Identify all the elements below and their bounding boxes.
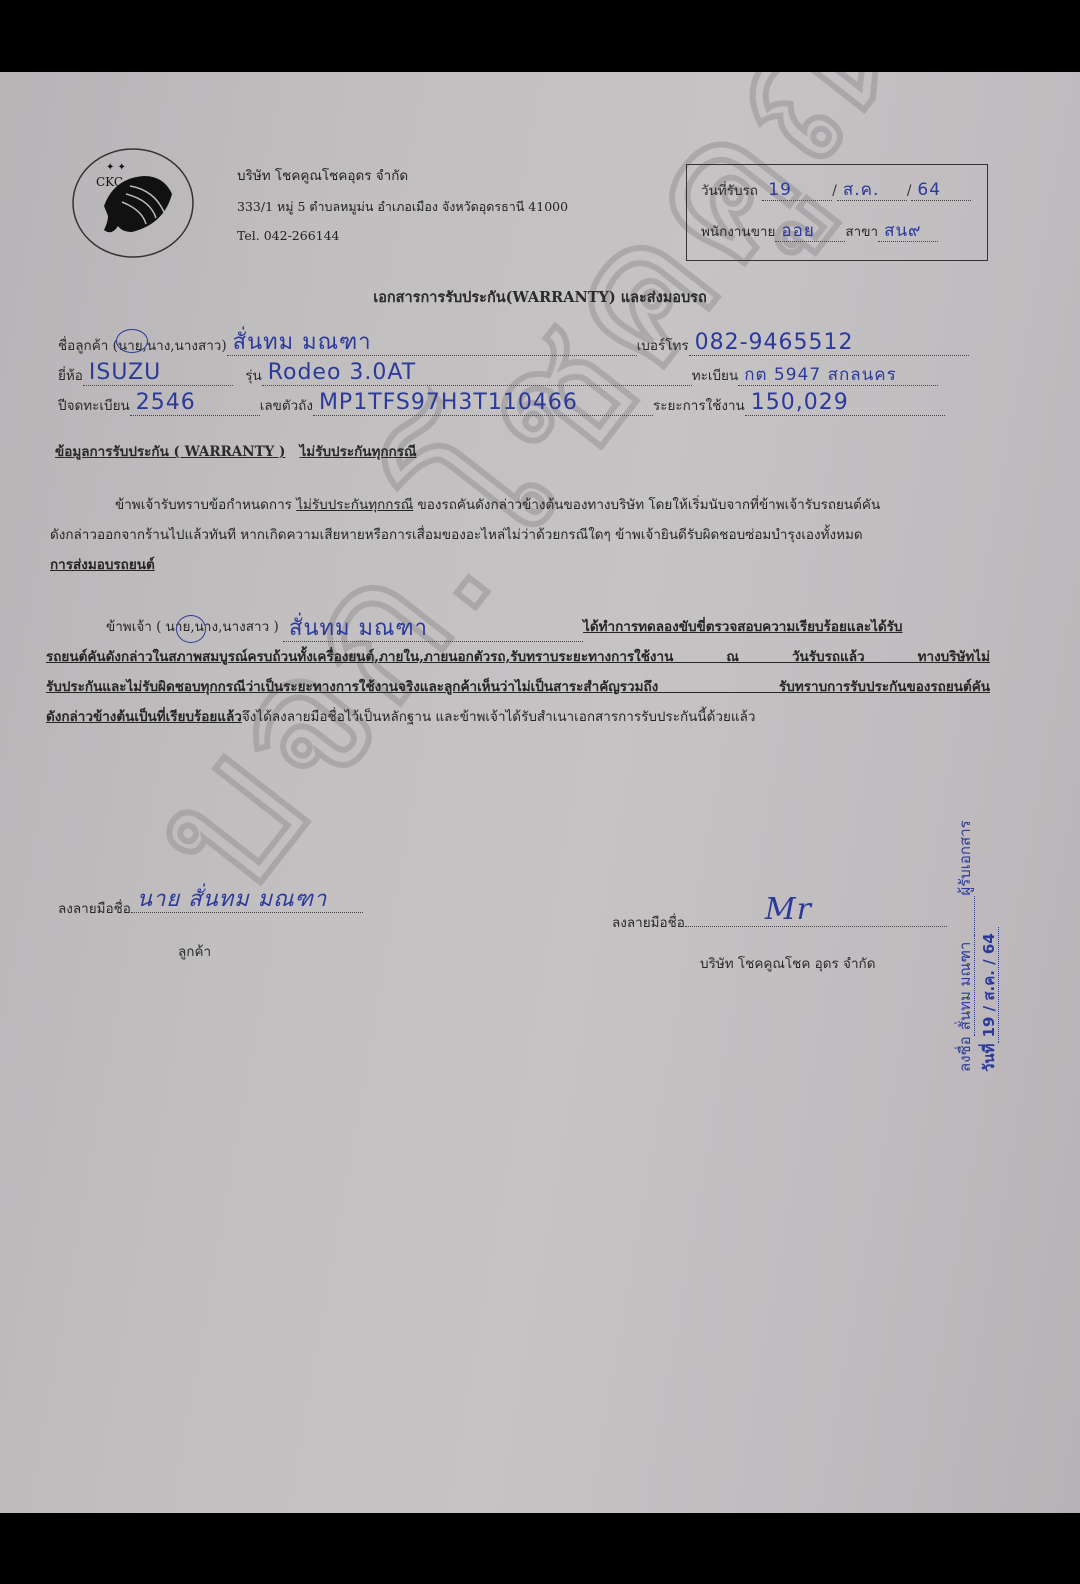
warranty-document: บจก.โชคคูณโชค CKC ✦ ✦ บริษัท โชคคูณโชคอุ… (0, 72, 1080, 1513)
warranty-heading-note: ไม่รับประกันทุกกรณี (300, 444, 417, 460)
receipt-date: 19 / ส.ค. / 64 (980, 927, 999, 1043)
branch-field[interactable]: สน๙ (878, 225, 938, 242)
date-day-field[interactable]: 19 (762, 184, 832, 201)
customer-signature-label: ลงลายมือชื่อ (58, 901, 131, 917)
document-receipt-note: ลงชื่อสั่นทม มณฑาผู้รับเอกสาร วันที่19 /… (953, 820, 1001, 1072)
date-year-field[interactable]: 64 (911, 184, 971, 201)
model-label: รุ่น (245, 368, 261, 384)
mileage-label: ระยะการใช้งาน (653, 398, 745, 414)
phone-label: เบอร์โทร (637, 338, 689, 354)
receipt-name: สั่นทม มณฑา (956, 936, 975, 1037)
model-value: Rodeo 3.0AT (268, 362, 416, 384)
customer-signature-row: ลงลายมือชื่อนาย สั่นทม มณฑา (58, 892, 363, 919)
company-address: 333/1 หมู่ 5 ตำบลหมูม่น อำเภอเมือง จังหว… (237, 197, 568, 217)
customer-name-value: สั่นทม มณฑา (233, 332, 372, 354)
brand-label: ยี่ห้อ (58, 368, 83, 384)
plate-field[interactable]: กต 5947 สกลนคร (738, 369, 938, 386)
receipt-date-label: วันที่ (980, 1043, 998, 1072)
delivery-heading: การส่งมอบรถยนต์ (50, 557, 155, 573)
delivery-title-selection-circle (176, 615, 206, 643)
model-field[interactable]: Rodeo 3.0AT (262, 369, 692, 386)
date-day-value: 19 (768, 182, 792, 199)
salesperson-value: ออย (781, 223, 814, 240)
receipt-prefix: ลงชื่อ (956, 1036, 974, 1072)
warranty-no-coverage: ไม่รับประกันทุกกรณี (296, 497, 413, 513)
company-tel: Tel. 042-266144 (237, 228, 340, 243)
customer-row: ชื่อลูกค้า (นาย,นาง,นางสาว)สั่นทม มณฑาเบ… (58, 334, 969, 356)
branch-label: สาขา (845, 224, 878, 240)
chassis-label: เลขตัวถัง (260, 398, 313, 414)
company-signature-label: ลงลายมือชื่อ (612, 915, 685, 931)
registration-row: ปีจดทะเบียน2546เลขตัวถังMP1TFS97H3T11046… (58, 394, 945, 416)
receipt-suffix: ผู้รับเอกสาร (956, 820, 974, 895)
title-selection-circle (116, 329, 148, 353)
date-received-label: วันที่รับรถ (701, 183, 758, 199)
date-month-field[interactable]: ส.ค. (837, 184, 907, 201)
company-caption: บริษัท โชคคูณโชค อุดร จำกัด (700, 952, 876, 974)
branch-value: สน๙ (884, 223, 921, 240)
customer-signature-field[interactable]: นาย สั่นทม มณฑา (131, 892, 363, 913)
chassis-field[interactable]: MP1TFS97H3T110466 (313, 399, 653, 416)
phone-value: 082-9465512 (695, 332, 854, 354)
date-month-value: ส.ค. (843, 182, 880, 199)
brand-value: ISUZU (89, 362, 161, 384)
customer-name-field[interactable]: สั่นทม มณฑา (227, 339, 637, 356)
company-signature-field[interactable]: Mr (685, 910, 947, 927)
plate-label: ทะเบียน (692, 368, 738, 384)
mileage-field[interactable]: 150,029 (745, 399, 945, 416)
svg-text:CKC: CKC (96, 175, 123, 189)
reg-year-field[interactable]: 2546 (130, 399, 260, 416)
reg-year-value: 2546 (136, 392, 196, 414)
svg-text:✦ ✦: ✦ ✦ (106, 162, 126, 173)
ckc-logo-icon: CKC ✦ ✦ (70, 146, 196, 260)
receipt-info-box: วันที่รับรถ 19/ส.ค./64 พนักงานขายออยสาขา… (686, 164, 988, 261)
phone-field[interactable]: 082-9465512 (689, 339, 969, 356)
warranty-text-line2: ดังกล่าวออกจากร้านไปแล้วทันที หากเกิดควา… (50, 520, 950, 550)
warranty-heading: ข้อมูลการรับประกัน ( WARRANTY ) (55, 444, 285, 460)
delivery-name-value: สั่นทม มณฑา (289, 618, 428, 640)
delivery-line4-underlined: ดังกล่าวข้างต้นเป็นที่เรียบร้อยแล้ว (46, 709, 242, 725)
company-signature: Mr (765, 895, 812, 925)
delivery-line4-rest: จึงได้ลงลายมือชื่อไว้เป็นหลักฐาน และข้าพ… (242, 709, 756, 725)
brand-field[interactable]: ISUZU (83, 369, 233, 386)
customer-caption: ลูกค้า (178, 940, 211, 962)
plate-value: กต 5947 สกลนคร (744, 367, 897, 384)
warranty-text-start: ข้าพเจ้ารับทราบข้อกำหนดการ (115, 497, 296, 513)
company-signature-row: ลงลายมือชื่อMr (612, 910, 947, 933)
reg-year-label: ปีจดทะเบียน (58, 398, 130, 414)
salesperson-label: พนักงานขาย (701, 224, 775, 240)
mileage-value: 150,029 (751, 392, 849, 414)
delivery-line1: ได้ทำการทดลองขับขี่ตรวจสอบความเรียบร้อยแ… (583, 619, 902, 635)
warranty-heading-row: ข้อมูลการรับประกัน ( WARRANTY ) ไม่รับปร… (55, 440, 417, 462)
chassis-value: MP1TFS97H3T110466 (319, 392, 578, 414)
warranty-paragraph: ข้าพเจ้ารับทราบข้อกำหนดการ ไม่รับประกันท… (50, 490, 950, 580)
delivery-name-field[interactable]: สั่นทม มณฑา (283, 625, 583, 642)
date-year-value: 64 (917, 182, 941, 199)
company-name: บริษัท โชคคูณโชคอุดร จำกัด (237, 164, 408, 186)
delivery-line3: รับประกันและไม่รับผิดชอบทุกกรณีว่าเป็นระ… (46, 679, 990, 695)
warranty-text-rest: ของรถคันดังกล่าวข้างต้นของทางบริษัท โดยใ… (413, 497, 880, 513)
vehicle-row: ยี่ห้อISUZU รุ่นRodeo 3.0ATทะเบียนกต 594… (58, 364, 938, 386)
document-title: เอกสารการรับประกัน(WARRANTY) และส่งมอบรถ (0, 286, 1080, 309)
customer-signature: นาย สั่นทม มณฑา (137, 889, 327, 911)
salesperson-field[interactable]: ออย (775, 225, 845, 242)
delivery-line2: รถยนต์คันดังกล่าวในสภาพสมบูรณ์ครบถ้วนทั้… (46, 649, 990, 665)
